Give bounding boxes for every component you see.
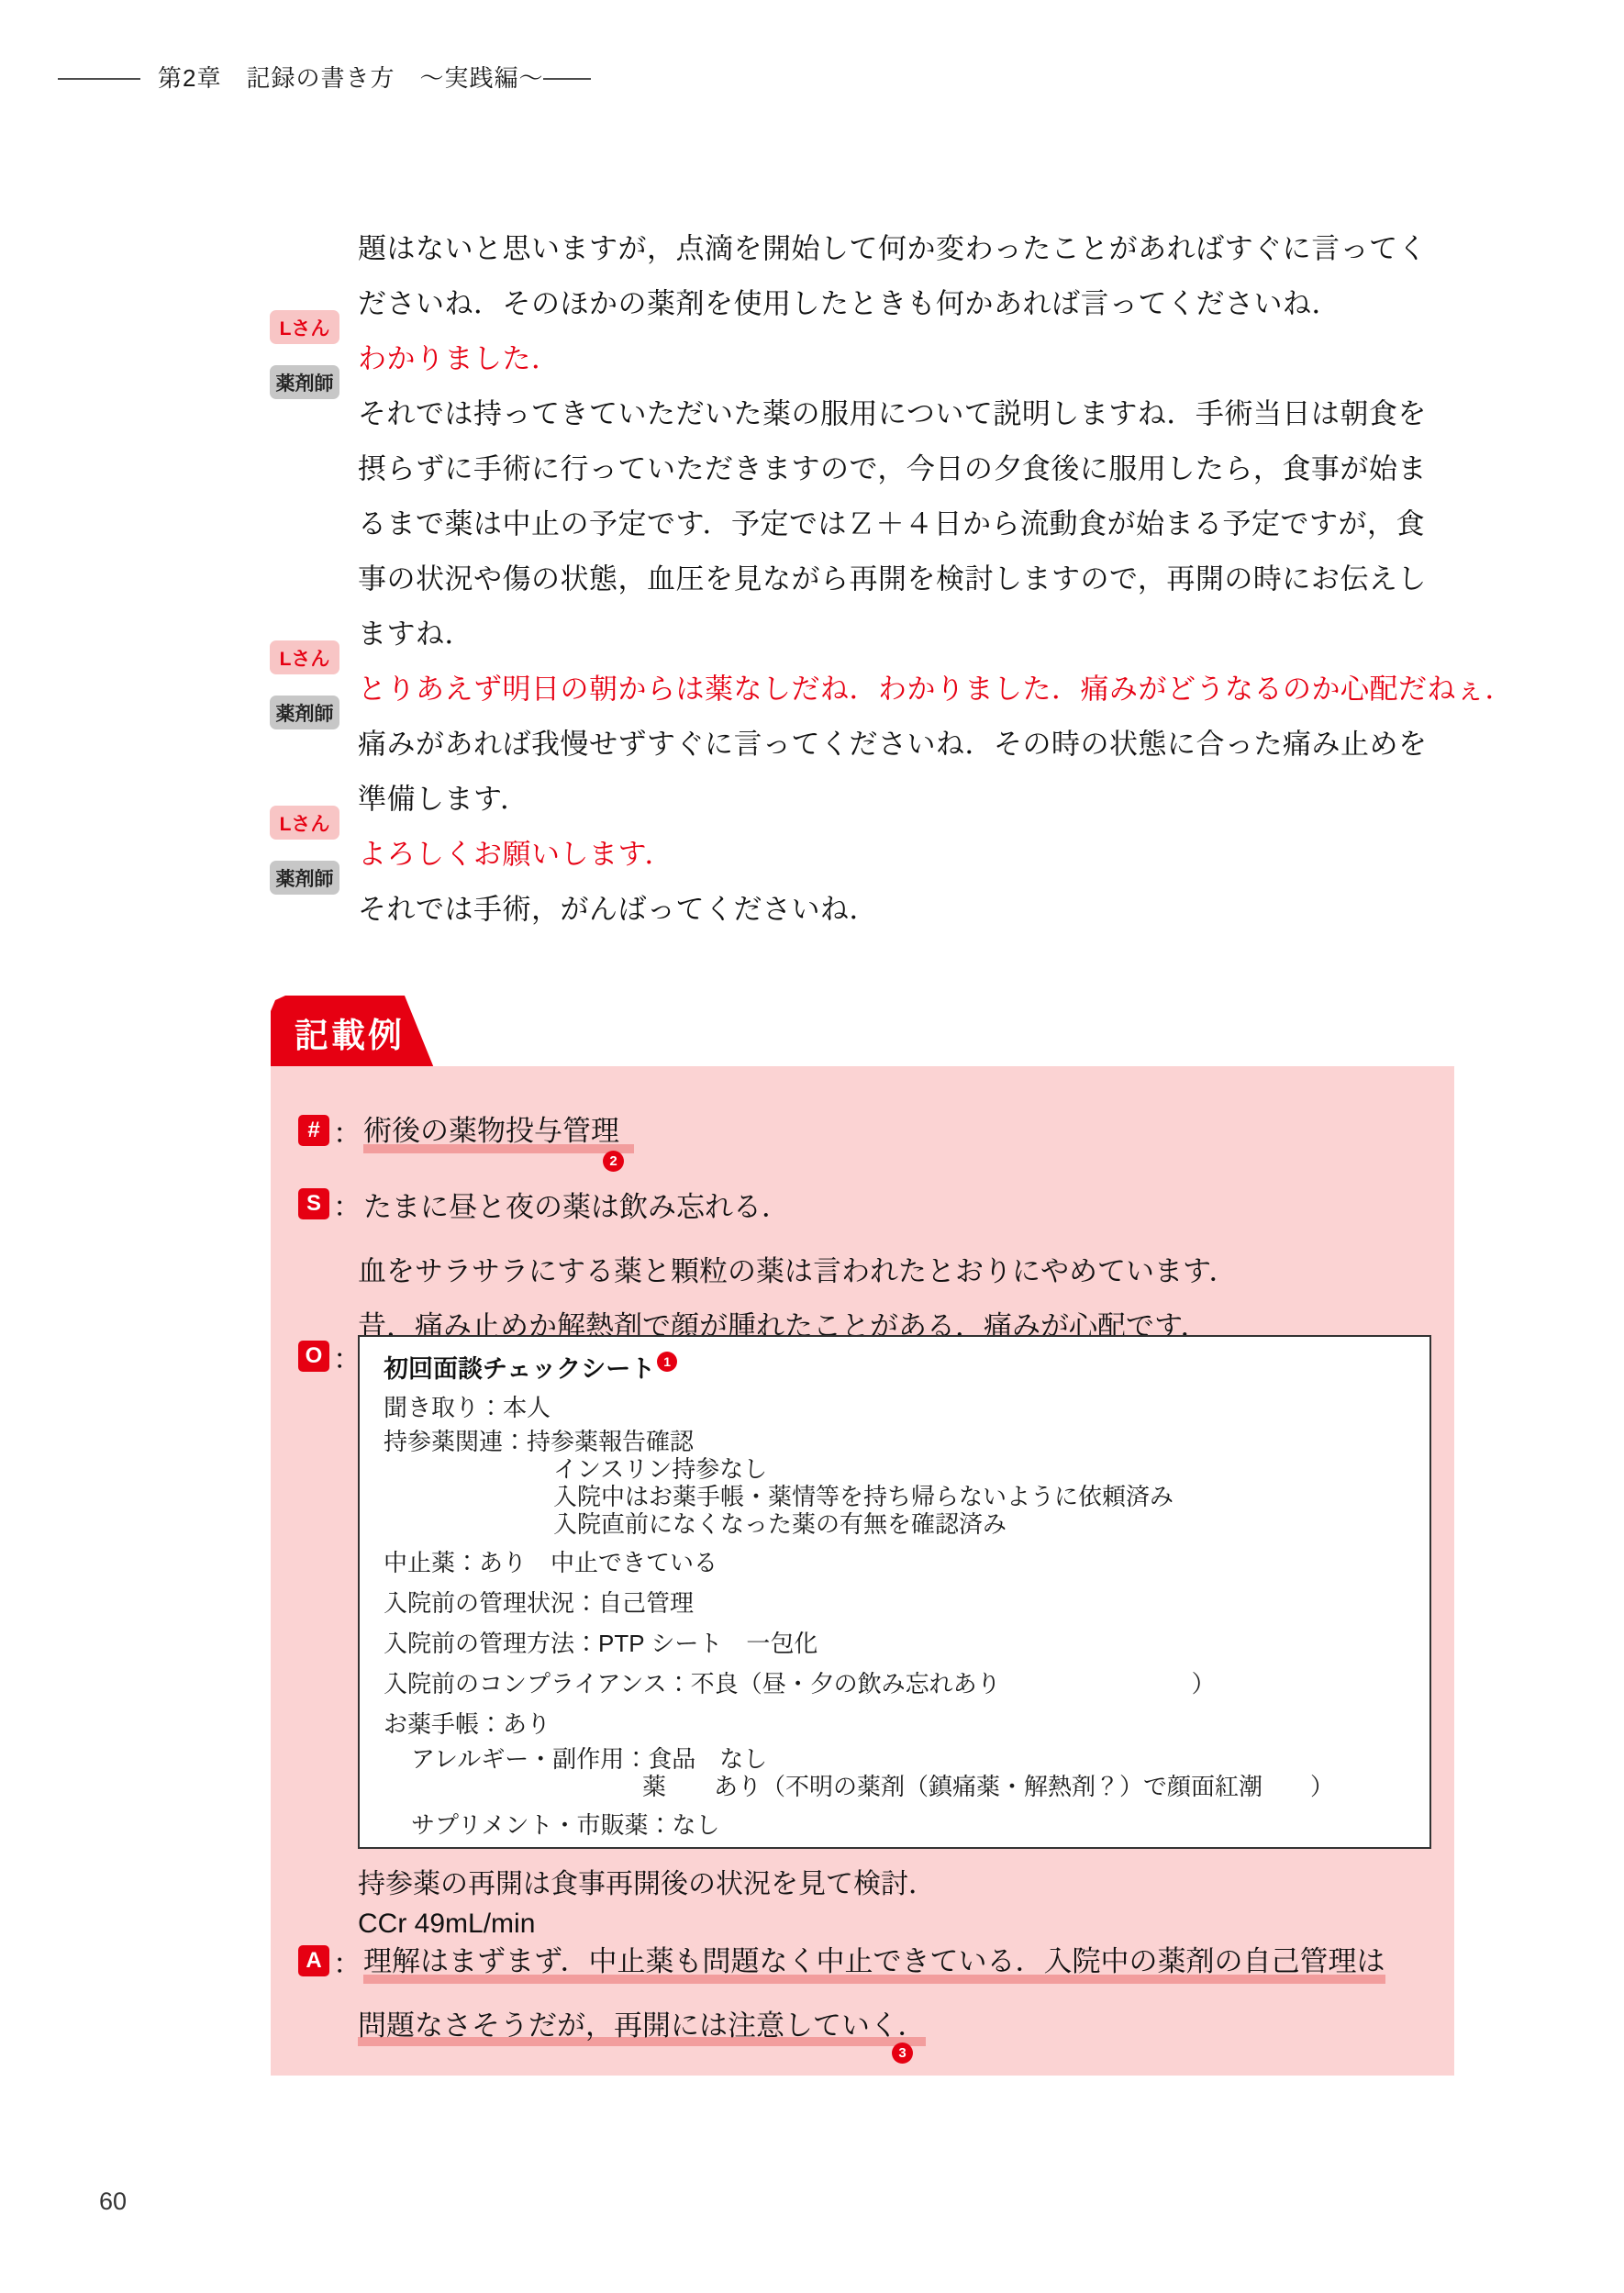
dialog-line: 薬剤師 それでは持ってきていただいた薬の服用について説明しますね．手術当日は朝食…	[270, 355, 1554, 410]
chapter-title: 第2章 記録の書き方 ～実践編～	[158, 55, 543, 101]
o-badge: O	[298, 1341, 329, 1372]
checksheet-row: 入院直前になくなった薬の有無を確認済み	[553, 1510, 1406, 1538]
checksheet-row: 中止薬：あり 中止できている	[384, 1549, 1406, 1576]
problem-text: 術後の薬物投与管理	[363, 1108, 634, 1153]
patient-badge: Lさん	[270, 310, 339, 344]
interview-checksheet: 初回面談チェックシート1 聞き取り：本人 持参薬関連：持参薬報告確認 インスリン…	[358, 1335, 1431, 1849]
s-badge: S	[298, 1188, 329, 1219]
dialog-line: 準備します．	[270, 740, 1554, 796]
colon: ：	[333, 1110, 362, 1152]
checksheet-row: サプリメント・市販薬：なし	[411, 1811, 1406, 1839]
objective-note: 持参薬の再開は食事再開後の状況を見て検討．	[358, 1861, 936, 1901]
checksheet-row: インスリン持参なし	[553, 1455, 1406, 1483]
dialog-line: 事の状況や傷の状態，血圧を見ながら再開を検討しますので，再開の時にお伝えし	[270, 520, 1554, 575]
chapter-header: 第2章 記録の書き方 ～実践編～	[0, 55, 1624, 101]
subjective-row: S ： たまに昼と夜の薬は飲み忘れる．	[298, 1187, 790, 1220]
assessment-line-2: 問題なさそうだが，再開には注意していく． 3	[358, 2002, 926, 2039]
header-rule-left	[58, 78, 140, 80]
problem-row: # ： 術後の薬物投与管理 2	[298, 1114, 634, 1147]
checksheet-row: アレルギー・副作用：食品 なし	[411, 1745, 1406, 1773]
dialog-line: Lさん よろしくお願いします．	[270, 796, 1554, 851]
page-number: 60	[99, 2187, 127, 2216]
checksheet-row: 薬 あり（不明の薬剤（鎮痛薬・解熱剤？）で顔面紅潮 ）	[642, 1773, 1406, 1800]
hash-badge: #	[298, 1115, 329, 1146]
pharmacist-badge: 薬剤師	[270, 696, 339, 729]
dialog-line: Lさん とりあえず明日の朝からは薬なしだね．わかりました．痛みがどうなるのか心配…	[270, 630, 1554, 685]
dialog-line: 摂らずに手術に行っていただきますので，今日の夕食後に服用したら，食事が始ま	[270, 410, 1554, 465]
pharmacist-badge: 薬剤師	[270, 861, 339, 895]
example-tab: 記載例	[271, 996, 434, 1068]
a-badge: A	[298, 1945, 329, 1976]
dialog-line: 薬剤師 それでは手術，がんばってくださいね．	[270, 851, 1554, 906]
assessment-row: A ： 理解はまずまず．中止薬も問題なく中止できている．入院中の薬剤の自己管理は	[298, 1944, 1385, 1977]
dialog-line: るまで薬は中止の予定です．予定ではＺ＋４日から流動食が始まる予定ですが，食	[270, 465, 1554, 520]
ccr-value: CCr 49mL/min	[358, 1909, 535, 1940]
subjective-text: たまに昼と夜の薬は飲み忘れる．	[363, 1184, 790, 1225]
dialog-line: ますね．	[270, 575, 1554, 630]
example-box: # ： 術後の薬物投与管理 2 S ： たまに昼と夜の薬は飲み忘れる． 血をサラ…	[271, 1066, 1454, 2076]
objective-row: O ：	[298, 1340, 363, 1373]
dialog-text: それでは手術，がんばってくださいね．	[358, 886, 878, 928]
dialog-line: 題はないと思いますが，点滴を開始して何か変わったことがあればすぐに言ってく	[270, 190, 1554, 245]
footnote-marker-1: 1	[657, 1352, 677, 1372]
footnote-marker-3: 3	[892, 2043, 913, 2064]
checksheet-title-text: 初回面談チェックシート	[384, 1355, 655, 1383]
assessment-text: 問題なさそうだが，再開には注意していく．	[358, 2009, 926, 2046]
dialog-line: Lさん わかりました．	[270, 300, 1554, 355]
colon: ：	[333, 1184, 362, 1225]
dialog-line: 薬剤師 痛みがあれば我慢せずすぐに言ってくださいね．その時の状態に合った痛み止め…	[270, 685, 1554, 740]
subjective-text: 血をサラサラにする薬と顆粒の薬は言われたとおりにやめています．	[358, 1248, 1238, 1289]
checksheet-row: 入院前のコンプライアンス：不良（昼・夕の飲み忘れあり ）	[384, 1670, 1406, 1697]
assessment-text: 理解はまずまず．中止薬も問題なく中止できている．入院中の薬剤の自己管理は	[363, 1938, 1385, 1984]
checksheet-row: 入院前の管理方法：PTP シート 一包化	[384, 1630, 1406, 1657]
colon: ：	[333, 1941, 362, 1982]
dialog-line: ださいね．そのほかの薬剤を使用したときも何かあれば言ってくださいね．	[270, 245, 1554, 300]
pharmacist-badge: 薬剤師	[270, 365, 339, 399]
header-rule-right	[543, 78, 591, 80]
patient-badge: Lさん	[270, 640, 339, 674]
footnote-marker-2: 2	[603, 1151, 624, 1172]
checksheet-row: 入院前の管理状況：自己管理	[384, 1589, 1406, 1617]
dialog-section: 題はないと思いますが，点滴を開始して何か変わったことがあればすぐに言ってく ださ…	[270, 190, 1554, 915]
example-tab-label: 記載例	[295, 1007, 405, 1057]
book-page: 第2章 記録の書き方 ～実践編～ 題はないと思いますが，点滴を開始して何か変わっ…	[0, 0, 1624, 2293]
patient-badge: Lさん	[270, 806, 339, 840]
checksheet-row: お薬手帳：あり	[384, 1710, 1406, 1738]
checksheet-row: 持参薬関連：持参薬報告確認	[384, 1428, 1406, 1455]
checksheet-row: 聞き取り：本人	[384, 1394, 1406, 1421]
checksheet-row: 入院中はお薬手帳・薬情等を持ち帰らないように依頼済み	[553, 1483, 1406, 1510]
checksheet-title: 初回面談チェックシート1	[384, 1352, 1406, 1384]
